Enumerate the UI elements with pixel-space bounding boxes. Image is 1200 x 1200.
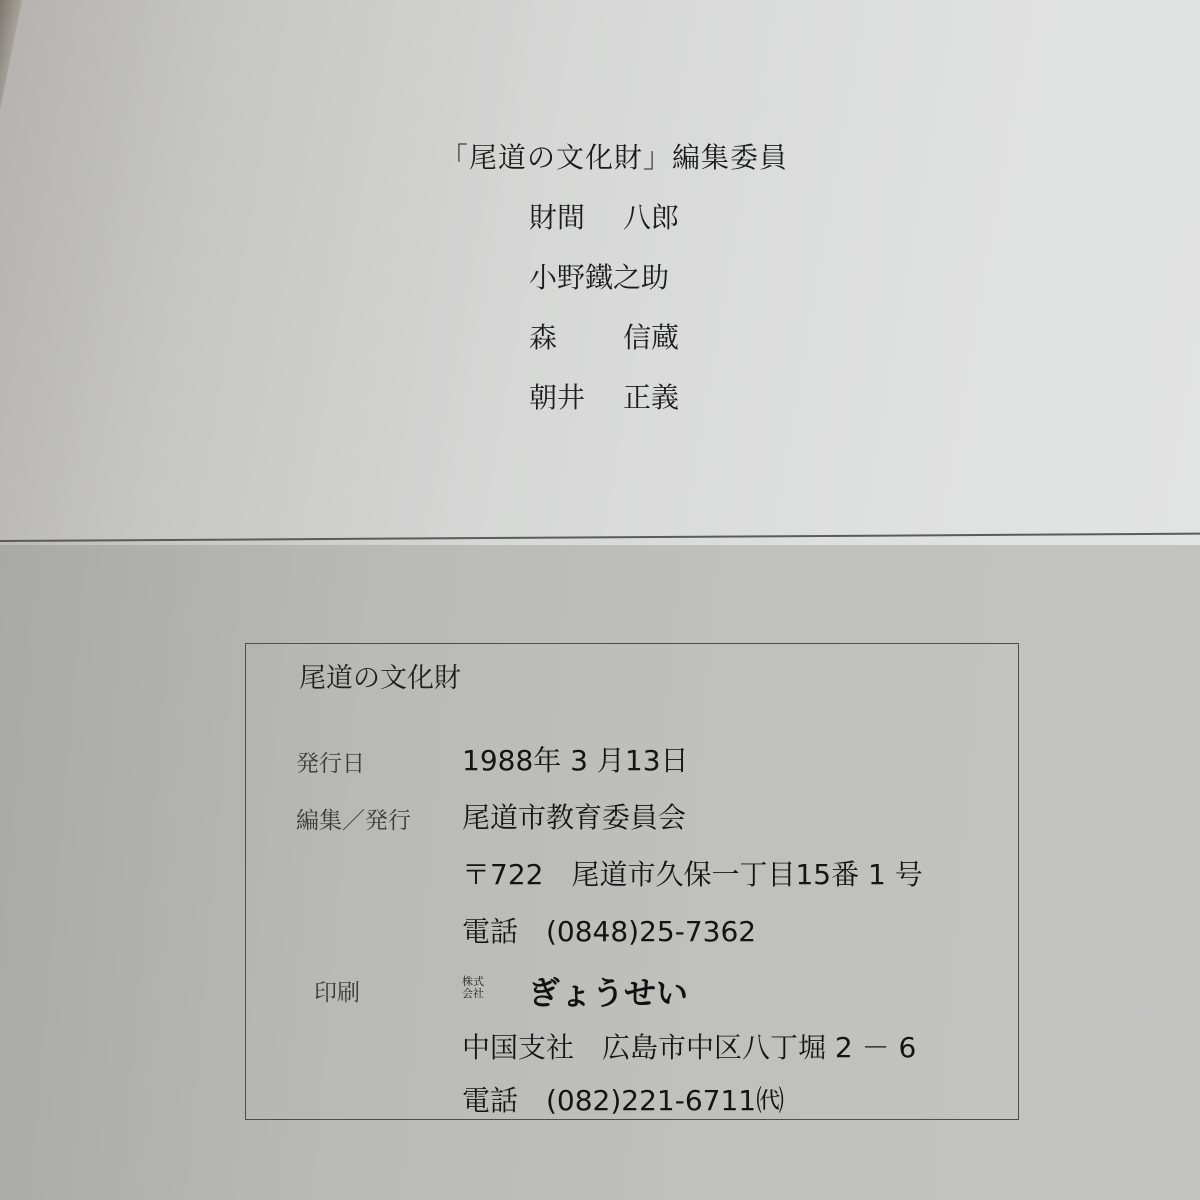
member-full-name: 小野鐵之助 bbox=[529, 256, 669, 300]
member-family-name: 財間 bbox=[529, 196, 623, 240]
printer-branch-address: 中国支社 広島市中区八丁堀 2 － 6 bbox=[462, 1026, 916, 1066]
committee-title: 「尾道の文化財」編集委員 bbox=[28, 136, 1200, 180]
publication-date-label: 発行日 bbox=[296, 745, 365, 778]
printer-label: 印刷 bbox=[314, 974, 360, 1007]
colophon-box: 尾道の文化財 発行日 1988年 3 月13日 編集／発行 尾道市教育委員会 〒… bbox=[245, 643, 1019, 1120]
member-given-name: 正義 bbox=[623, 376, 679, 420]
publisher-name: 尾道市教育委員会 bbox=[462, 796, 686, 836]
publisher-address: 〒722 尾道市久保一丁目15番 1 号 bbox=[462, 853, 923, 893]
committee-member: 朝井 正義 bbox=[511, 376, 689, 420]
committee-member: 森 信蔵 bbox=[511, 316, 689, 360]
member-given-name: 八郎 bbox=[623, 196, 679, 240]
publication-date-value: 1988年 3 月13日 bbox=[462, 739, 689, 779]
kabushiki-gaisha-mark: 株式 会社 bbox=[462, 976, 492, 1000]
committee-member: 小野鐵之助 bbox=[511, 256, 689, 300]
publisher-label: 編集／発行 bbox=[296, 802, 411, 835]
book-title: 尾道の文化財 bbox=[299, 662, 461, 696]
member-family-name: 朝井 bbox=[529, 376, 623, 420]
publisher-phone: 電話 (0848)25-7362 bbox=[462, 910, 756, 950]
printer-phone: 電話 (082)221-6711㈹ bbox=[462, 1079, 784, 1119]
upper-page: 「尾道の文化財」編集委員 財間 八郎 小野鐵之助 森 信蔵 朝井 正義 bbox=[0, 0, 1200, 545]
member-given-name: 信蔵 bbox=[623, 316, 679, 360]
member-family-name: 森 bbox=[529, 316, 623, 360]
member-list: 財間 八郎 小野鐵之助 森 信蔵 朝井 正義 bbox=[0, 196, 1200, 420]
page-edge-shadow bbox=[0, 0, 22, 110]
printer-name: ぎょうせい bbox=[528, 968, 688, 1014]
kk-line-2: 会社 bbox=[462, 988, 492, 1000]
committee-member: 財間 八郎 bbox=[511, 196, 689, 240]
editorial-committee: 「尾道の文化財」編集委員 財間 八郎 小野鐵之助 森 信蔵 朝井 正義 bbox=[0, 136, 1200, 436]
